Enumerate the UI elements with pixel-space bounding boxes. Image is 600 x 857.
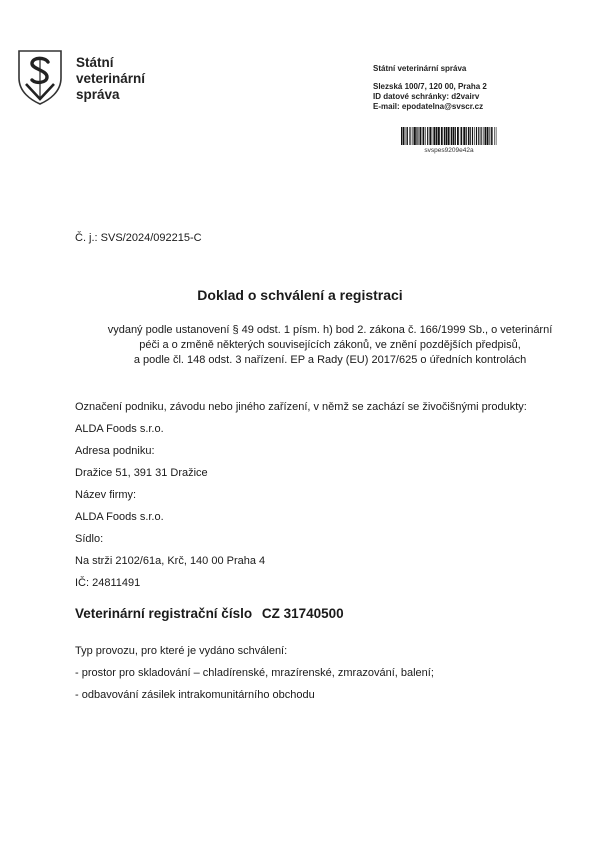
legal-basis: vydaný podle ustanovení § 49 odst. 1 pís… xyxy=(60,323,600,368)
logo-wordmark: Státní veterinární správa xyxy=(76,55,145,103)
field-label: Adresa podniku: xyxy=(75,440,527,462)
field-value: ALDA Foods s.r.o. xyxy=(75,418,527,440)
establishment-details: Označení podniku, závodu nebo jiného zař… xyxy=(75,396,527,594)
barcode-label: svspes9209e42a xyxy=(401,147,497,154)
logo-line: správa xyxy=(76,87,145,103)
operation-type-item: - prostor pro skladování – chladírenské,… xyxy=(75,662,434,684)
field-label: Název firmy: xyxy=(75,484,527,506)
sender-block: Státní veterinární správa Slezská 100/7,… xyxy=(373,64,487,112)
registration-value: CZ 31740500 xyxy=(262,606,344,621)
legal-basis-line: vydaný podle ustanovení § 49 odst. 1 pís… xyxy=(60,323,600,338)
field-label: Sídlo: xyxy=(75,528,527,550)
field-label: Označení podniku, závodu nebo jiného zař… xyxy=(75,396,527,418)
sender-name: Státní veterinární správa xyxy=(373,64,487,74)
document-title: Doklad o schválení a registraci xyxy=(0,287,600,303)
logo-line: veterinární xyxy=(76,71,145,87)
operation-type-heading: Typ provozu, pro které je vydáno schvále… xyxy=(75,640,434,662)
legal-basis-line: péči a o změně některých souvisejících z… xyxy=(60,338,600,353)
field-value: Dražice 51, 391 31 Dražice xyxy=(75,462,527,484)
legal-basis-line: a podle čl. 148 odst. 3 nařízení. EP a R… xyxy=(60,353,600,368)
sender-address: Slezská 100/7, 120 00, Praha 2 xyxy=(373,82,487,92)
operation-type-item: - odbavování zásilek intrakomunitárního … xyxy=(75,684,434,706)
registration-number: Veterinární registrační číslo CZ 3174050… xyxy=(75,606,344,621)
registration-label: Veterinární registrační číslo xyxy=(75,606,252,621)
operation-type: Typ provozu, pro které je vydáno schvále… xyxy=(75,640,434,706)
reference-number: Č. j.: SVS/2024/092215-C xyxy=(75,232,202,244)
logo-line: Státní xyxy=(76,55,145,71)
field-value: Na strži 2102/61a, Krč, 140 00 Praha 4 xyxy=(75,550,527,572)
sender-data-box: ID datové schránky: d2vairv xyxy=(373,92,487,102)
field-value: ALDA Foods s.r.o. xyxy=(75,506,527,528)
svs-shield-logo-icon xyxy=(17,48,63,106)
field-value: IČ: 24811491 xyxy=(75,572,527,594)
barcode xyxy=(401,127,497,145)
sender-email: E-mail: epodatelna@svscr.cz xyxy=(373,102,487,112)
